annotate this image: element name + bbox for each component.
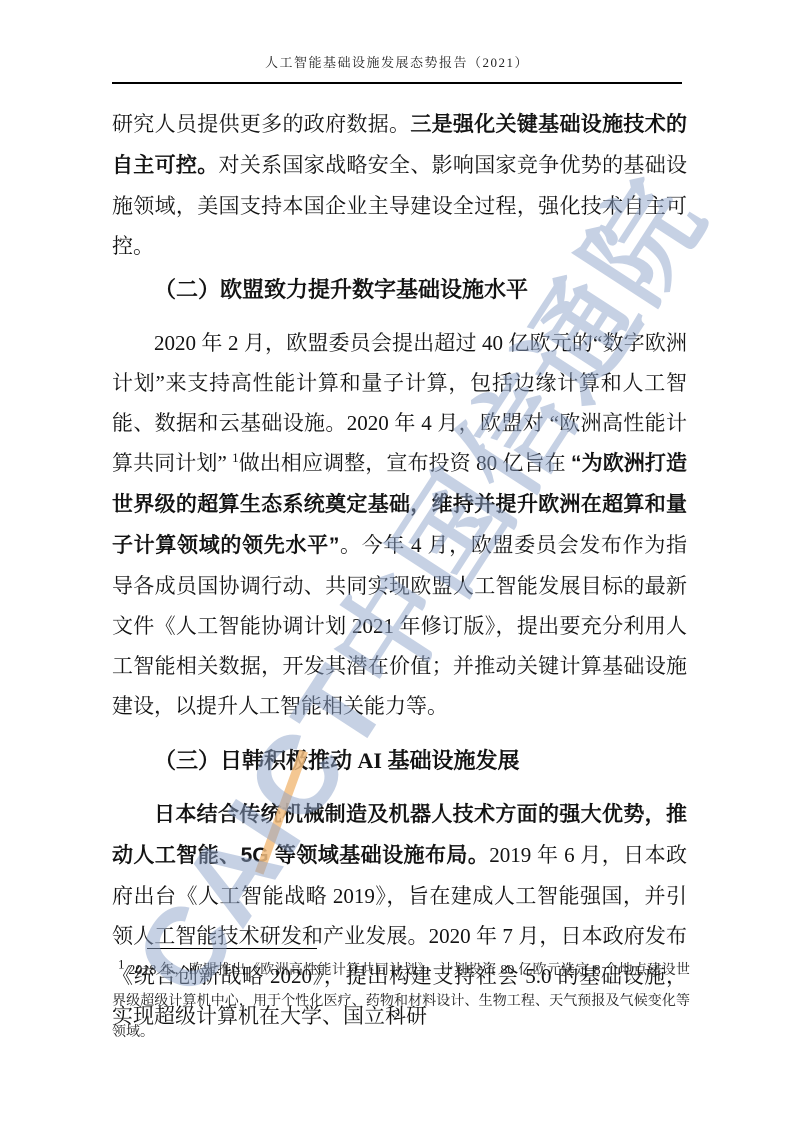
paragraph-eu: 2020 年 2 月，欧盟委员会提出超过 40 亿欧元的“数字欧洲计划”来支持高…: [112, 323, 687, 726]
page-header-title: 人工智能基础设施发展态势报告（2021）: [0, 52, 794, 71]
body-run: 做出相应调整，宣布投资 80 亿旨在: [239, 451, 571, 475]
footnote-text: 2018 年，欧盟推出《欧洲高性能计算共同计划》，计划投资 80 亿欧元选定 8…: [112, 963, 690, 1040]
header-divider-rule: [112, 82, 682, 84]
section-heading-japan-korea: （三）日韩积极推动 AI 基础设施发展: [112, 741, 687, 781]
body-run: 。今年 4 月，欧盟委员会发布作为指导各成员国协调行动、共同实现欧盟人工智能发展…: [112, 533, 687, 718]
body-run: 研究人员提供更多的政府数据。: [112, 112, 410, 136]
footnote: 1 2018 年，欧盟推出《欧洲高性能计算共同计划》，计划投资 80 亿欧元选定…: [112, 955, 690, 1048]
paragraph-us-policy: 研究人员提供更多的政府数据。三是强化关键基础设施技术的自主可控。对关系国家战略安…: [112, 104, 687, 266]
document-page: CAICT中国信通院 人工智能基础设施发展态势报告（2021） 研究人员提供更多…: [0, 0, 794, 1123]
section-heading-eu: （二）欧盟致力提升数字基础设施水平: [112, 270, 687, 310]
document-body: 研究人员提供更多的政府数据。三是强化关键基础设施技术的自主可控。对关系国家战略安…: [112, 104, 687, 1036]
